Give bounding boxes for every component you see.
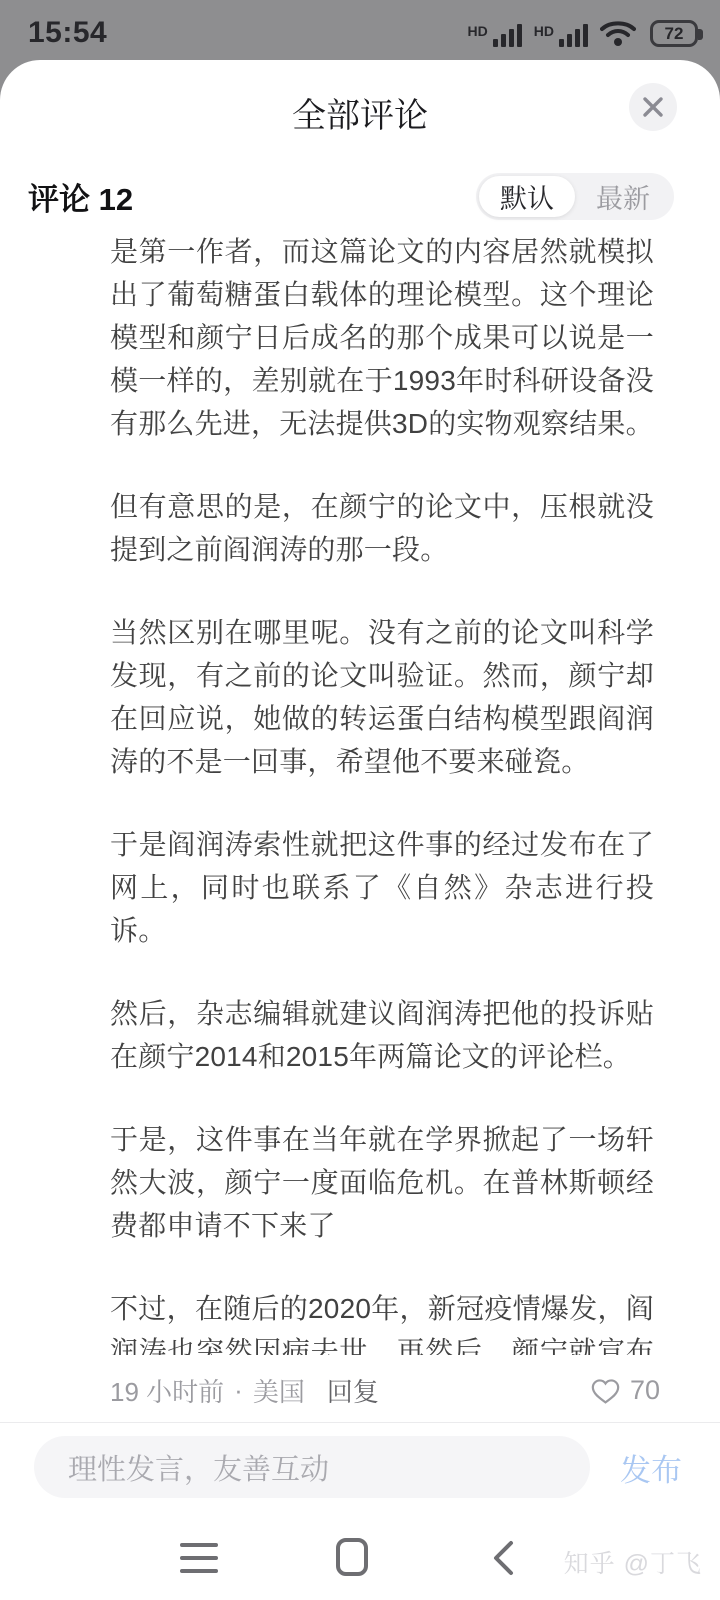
comment-input-placeholder: 理性发言，友善互动	[68, 1447, 329, 1488]
composer-bar: 理性发言，友善互动 发布	[34, 1435, 686, 1499]
status-icons: HD HD 72	[468, 19, 698, 47]
system-navbar: 知乎 @丁飞	[0, 1505, 720, 1600]
heart-icon	[590, 1376, 621, 1405]
back-icon[interactable]	[490, 1539, 516, 1580]
reply-button[interactable]: 回复	[327, 1372, 379, 1409]
hd-badge: HD	[534, 24, 554, 38]
sort-toggle: 默认 最新	[476, 173, 674, 220]
sort-latest-tab[interactable]: 最新	[575, 176, 671, 217]
comment-paragraph: 不过，在随后的2020年，新冠疫情爆发，阎润涛也突然因病去世，再然后，颜宁就宣布…	[110, 1287, 654, 1355]
comment-paragraph: 于是，这件事在当年就在学界掀起了一场轩然大波，颜宁一度面临危机。在普林斯顿经费都…	[110, 1118, 654, 1247]
home-icon[interactable]	[336, 1538, 368, 1576]
meta-dot: ·	[234, 1375, 243, 1406]
close-icon	[641, 95, 665, 119]
watermark: 知乎 @丁飞	[564, 1544, 702, 1580]
comment-location: 美国	[253, 1372, 305, 1409]
comment-count: 评论 12	[28, 174, 133, 219]
sort-default-tab[interactable]: 默认	[479, 176, 575, 217]
comment-content: 是第一作者，而这篇论文的内容居然就模拟出了葡萄糖蛋白载体的理论模型。这个理论模型…	[110, 230, 654, 1355]
sheet-title: 全部评论	[0, 88, 720, 137]
comment-paragraph: 当然区别在哪里呢。没有之前的论文叫科学发现，有之前的论文叫验证。然而，颜宁却在回…	[110, 611, 654, 783]
phone-screen: 15:54 HD HD 72 全部评论	[0, 0, 720, 1600]
comment-paragraph-text: 不过，在随后的2020年，新冠疫情爆发，阎润涛也突然因病去世，再然后，颜宁就宣布…	[110, 1293, 654, 1355]
battery-percent: 72	[665, 24, 684, 44]
publish-button[interactable]: 发布	[616, 1445, 686, 1490]
comments-sheet: 全部评论 评论 12 默认 最新 是第一作者，而这篇论文的内容居然就模拟出了葡萄…	[0, 60, 720, 1600]
comment-meta: 19 小时前 · 美国 回复 70	[110, 1372, 660, 1409]
comment-paragraph: 于是阎润涛索性就把这件事的经过发布在了网上，同时也联系了《自然》杂志进行投诉。	[110, 823, 654, 952]
clock: 15:54	[28, 16, 107, 50]
like-button[interactable]: 70	[590, 1375, 660, 1406]
comment-paragraph: 然后，杂志编辑就建议阎润涛把他的投诉贴在颜宁2014和2015年两篇论文的评论栏…	[110, 992, 654, 1078]
comment-paragraph: 但有意思的是，在颜宁的论文中，压根就没提到之前阎润涛的那一段。	[110, 485, 654, 571]
signal-icon: HD	[534, 24, 588, 47]
comment-timestamp: 19 小时前	[110, 1372, 224, 1409]
comment-paragraph: 是第一作者，而这篇论文的内容居然就模拟出了葡萄糖蛋白载体的理论模型。这个理论模型…	[110, 230, 654, 445]
comment-input[interactable]: 理性发言，友善互动	[34, 1436, 590, 1498]
close-button[interactable]	[629, 83, 677, 131]
recents-menu-icon[interactable]	[180, 1543, 218, 1573]
hd-badge: HD	[468, 24, 488, 38]
like-count: 70	[630, 1375, 660, 1406]
battery-icon: 72	[650, 20, 698, 47]
comment-scroll-area[interactable]: 是第一作者，而这篇论文的内容居然就模拟出了葡萄糖蛋白载体的理论模型。这个理论模型…	[0, 226, 720, 1355]
signal-icon: HD	[468, 24, 522, 47]
composer-divider	[0, 1422, 720, 1423]
status-bar: 15:54 HD HD 72	[0, 0, 720, 60]
wifi-icon	[600, 19, 636, 47]
comments-toolbar: 评论 12 默认 最新	[28, 172, 674, 220]
